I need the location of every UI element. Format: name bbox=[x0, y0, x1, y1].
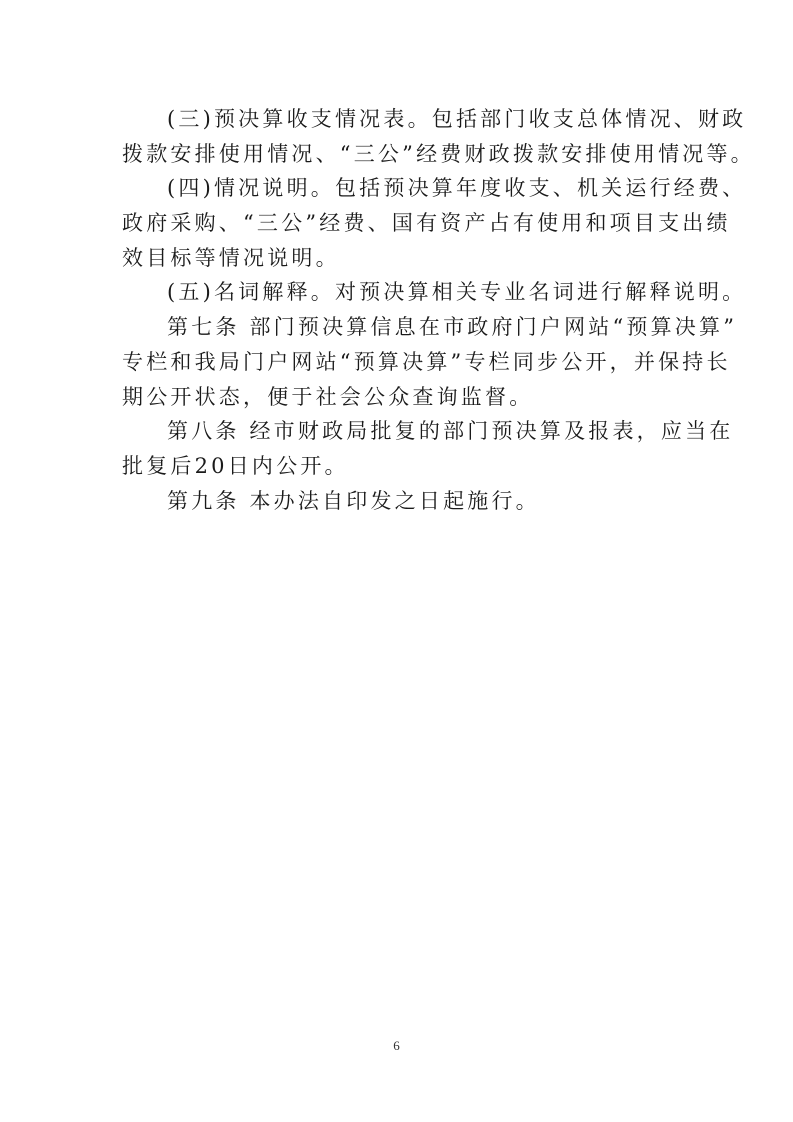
text-line: 专栏和我局门户网站“预算决算”专栏同步公开，并保持长 bbox=[122, 345, 678, 380]
text-line: 批复后20日内公开。 bbox=[122, 449, 678, 484]
text-line: 效目标等情况说明。 bbox=[122, 241, 678, 276]
text-line: 第八条 经市财政局批复的部门预决算及报表，应当在 bbox=[122, 414, 678, 449]
text-line: 拨款安排使用情况、“三公”经费财政拨款安排使用情况等。 bbox=[122, 137, 678, 172]
paragraph-article-9: 第九条 本办法自印发之日起施行。 bbox=[122, 484, 678, 519]
text-line: 第七条 部门预决算信息在市政府门户网站“预算决算” bbox=[122, 310, 678, 345]
paragraph-item-3: (三)预决算收支情况表。包括部门收支总体情况、财政 拨款安排使用情况、“三公”经… bbox=[122, 102, 678, 171]
document-page: (三)预决算收支情况表。包括部门收支总体情况、财政 拨款安排使用情况、“三公”经… bbox=[0, 0, 793, 1122]
text-line: 第九条 本办法自印发之日起施行。 bbox=[122, 484, 678, 519]
document-body: (三)预决算收支情况表。包括部门收支总体情况、财政 拨款安排使用情况、“三公”经… bbox=[122, 102, 678, 518]
text-line: 期公开状态，便于社会公众查询监督。 bbox=[122, 380, 678, 415]
text-line: (三)预决算收支情况表。包括部门收支总体情况、财政 bbox=[122, 102, 678, 137]
paragraph-article-7: 第七条 部门预决算信息在市政府门户网站“预算决算” 专栏和我局门户网站“预算决算… bbox=[122, 310, 678, 414]
text-line: (五)名词解释。对预决算相关专业名词进行解释说明。 bbox=[122, 275, 678, 310]
paragraph-article-8: 第八条 经市财政局批复的部门预决算及报表，应当在 批复后20日内公开。 bbox=[122, 414, 678, 483]
text-line: (四)情况说明。包括预决算年度收支、机关运行经费、 bbox=[122, 171, 678, 206]
text-line: 政府采购、“三公”经费、国有资产占有使用和项目支出绩 bbox=[122, 206, 678, 241]
page-number: 6 bbox=[0, 1038, 793, 1054]
paragraph-item-5: (五)名词解释。对预决算相关专业名词进行解释说明。 bbox=[122, 275, 678, 310]
paragraph-item-4: (四)情况说明。包括预决算年度收支、机关运行经费、 政府采购、“三公”经费、国有… bbox=[122, 171, 678, 275]
